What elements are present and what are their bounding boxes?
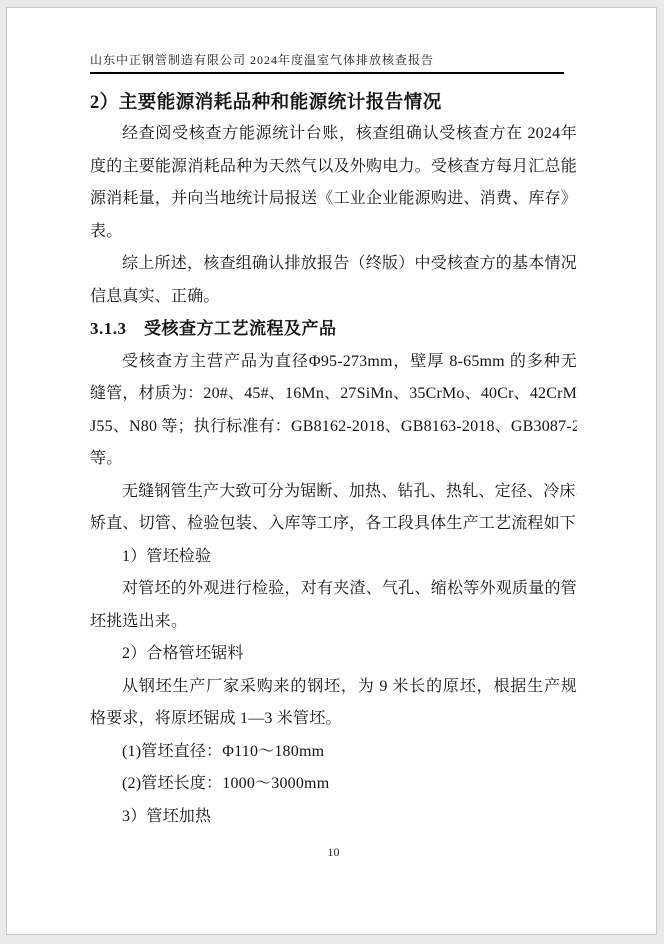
section-heading: 2）主要能源消耗品种和能源统计报告情况 [90, 88, 577, 118]
text-line: 格要求，将原坯锯成 1—3 米管坯。 [90, 703, 577, 736]
text-line: 3.1.3 受核查方工艺流程及产品 [90, 313, 577, 346]
paragraph: 综上所述，核查组确认排放报告（终版）中受核查方的基本情况信息真实、正确。 [90, 248, 577, 313]
page-number: 10 [90, 844, 577, 860]
paragraph: 对管坯的外观进行检验，对有夹渣、气孔、缩松等外观质量的管坯挑选出来。 [90, 573, 577, 638]
paragraph: 3）管坯加热 [90, 801, 577, 834]
paragraph: (2)管坯长度：1000～3000mm [90, 768, 577, 801]
text-line: 3）管坯加热 [90, 801, 577, 834]
text-line: (1)管坯直径：Φ110～180mm [90, 736, 577, 769]
paragraph: 1）管坯检验 [90, 541, 577, 574]
page-header: 山东中正钢管制造有限公司 2024年度温室气体排放核查报告 [90, 52, 564, 74]
paragraph: 经查阅受核查方能源统计台账，核查组确认受核查方在 2024年度的主要能源消耗品种… [90, 118, 577, 248]
text-line: 坯挑选出来。 [90, 606, 577, 639]
text-line: 缝管，材质为：20#、45#、16Mn、27SiMn、35CrMo、40Cr、4… [90, 378, 577, 411]
text-line: 2）合格管坯锯料 [90, 638, 577, 671]
text-line: 等。 [90, 443, 577, 476]
text-line: (2)管坯长度：1000～3000mm [90, 768, 577, 801]
text-line: 表。 [90, 216, 577, 249]
text-line: 信息真实、正确。 [90, 281, 577, 314]
text-line: 对管坯的外观进行检验，对有夹渣、气孔、缩松等外观质量的管 [90, 573, 577, 606]
paragraph: 2）合格管坯锯料 [90, 638, 577, 671]
section-heading: 3.1.3 受核查方工艺流程及产品 [90, 313, 577, 346]
text-line: 度的主要能源消耗品种为天然气以及外购电力。受核查方每月汇总能 [90, 151, 577, 184]
text-line: 1）管坯检验 [90, 541, 577, 574]
text-line: 2）主要能源消耗品种和能源统计报告情况 [90, 88, 577, 118]
text-line: 经查阅受核查方能源统计台账，核查组确认受核查方在 2024年 [90, 118, 577, 151]
paragraph: 受核查方主营产品为直径Φ95-273mm，壁厚 8-65mm 的多种无缝管，材质… [90, 346, 577, 476]
paragraph: 从钢坯生产厂家采购来的钢坯，为 9 米长的原坯，根据生产规格要求，将原坯锯成 1… [90, 671, 577, 736]
paragraph: 无缝钢管生产大致可分为锯断、加热、钻孔、热轧、定径、冷床、矫直、切管、检验包装、… [90, 476, 577, 541]
text-line: 无缝钢管生产大致可分为锯断、加热、钻孔、热轧、定径、冷床、 [90, 476, 577, 509]
text-line: 综上所述，核查组确认排放报告（终版）中受核查方的基本情况 [90, 248, 577, 281]
document-page: 山东中正钢管制造有限公司 2024年度温室气体排放核查报告 2）主要能源消耗品种… [7, 8, 656, 934]
document-body: 2）主要能源消耗品种和能源统计报告情况经查阅受核查方能源统计台账，核查组确认受核… [90, 88, 577, 833]
text-line: J55、N80 等；执行标准有：GB8162-2018、GB8163-2018、… [90, 411, 577, 444]
paragraph: (1)管坯直径：Φ110～180mm [90, 736, 577, 769]
text-line: 矫直、切管、检验包装、入库等工序，各工段具体生产工艺流程如下： [90, 508, 577, 541]
text-line: 从钢坯生产厂家采购来的钢坯，为 9 米长的原坯，根据生产规 [90, 671, 577, 704]
text-line: 源消耗量，并向当地统计局报送《工业企业能源购进、消费、库存》 [90, 183, 577, 216]
text-line: 受核查方主营产品为直径Φ95-273mm，壁厚 8-65mm 的多种无 [90, 346, 577, 379]
